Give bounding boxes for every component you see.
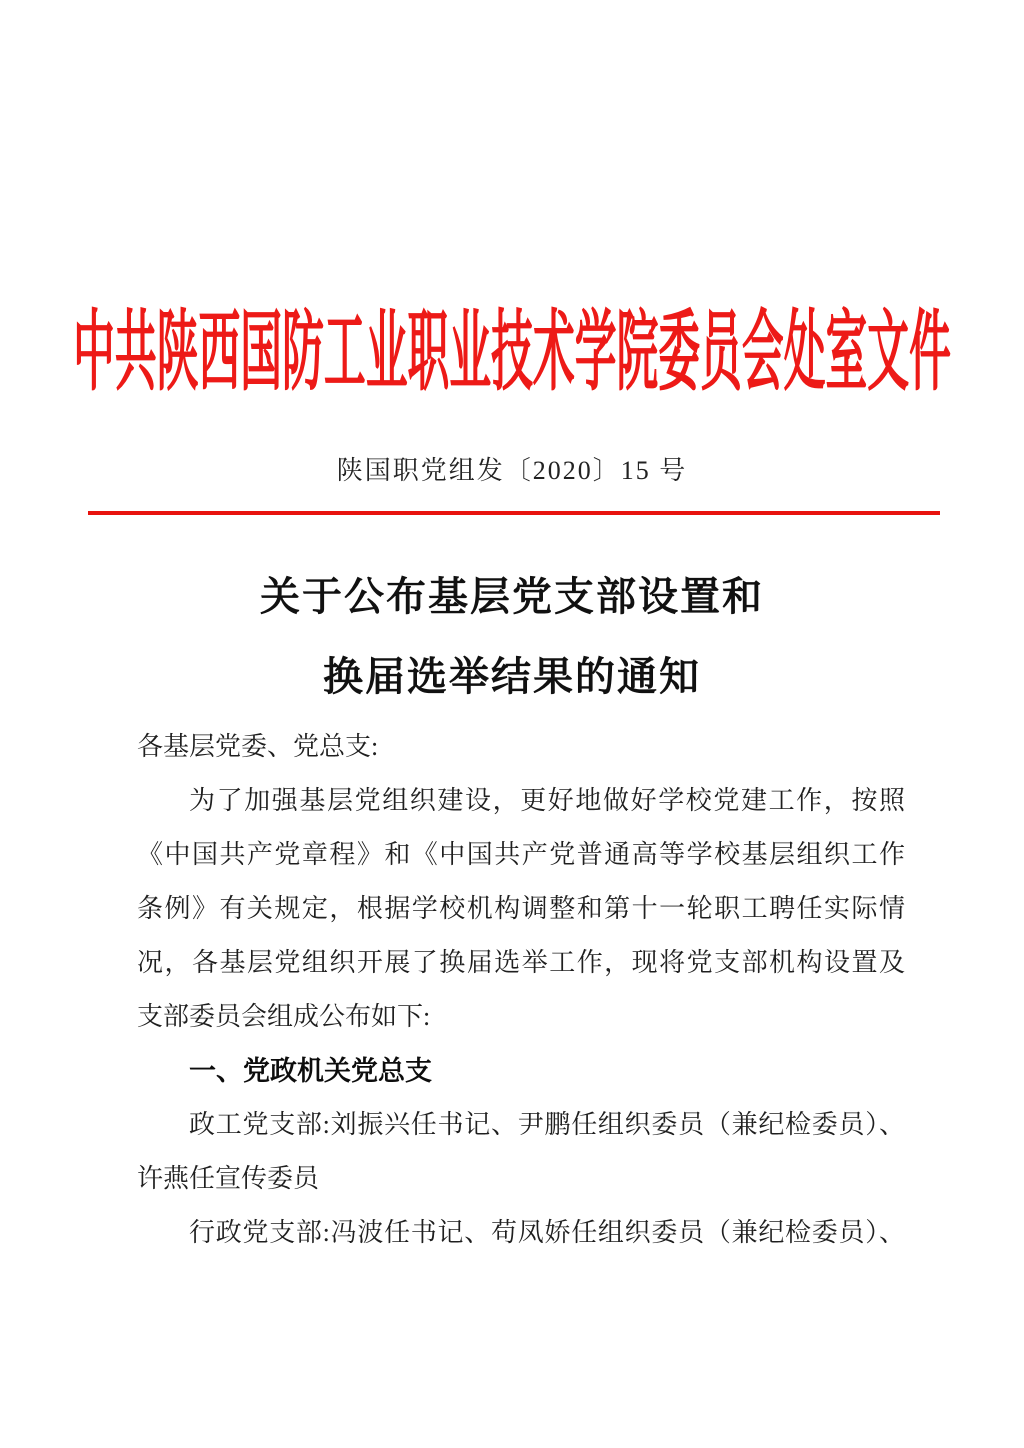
body-line: 行政党支部:冯波任书记、苟凤娇任组织委员（兼纪检委员）、 — [137, 1206, 905, 1260]
document-reference-number: 陕国职党组发〔2020〕15 号 — [0, 456, 1024, 486]
document-title-line-1: 关于公布基层党支部设置和 — [0, 575, 1024, 619]
body-line: 条例》有关规定，根据学校机构调整和第十一轮职工聘任实际情 — [137, 882, 905, 936]
body-line: 许燕任宣传委员 — [137, 1152, 905, 1206]
section-heading-1: 一、党政机关党总支 — [137, 1044, 905, 1098]
body-line: 况，各基层党组织开展了换届选举工作，现将党支部机构设置及 — [137, 936, 905, 990]
document-page: 中共陕西国防工业职业技术学院委员会处室文件 陕国职党组发〔2020〕15 号 关… — [0, 0, 1024, 1448]
red-separator-rule — [88, 511, 940, 515]
body-line: 《中国共产党章程》和《中国共产党普通高等学校基层组织工作 — [137, 828, 905, 882]
body-line: 政工党支部:刘振兴任书记、尹鹏任组织委员（兼纪检委员）、 — [137, 1098, 905, 1152]
document-title-line-2: 换届选举结果的通知 — [0, 655, 1024, 699]
body-line: 为了加强基层党组织建设，更好地做好学校党建工作，按照 — [137, 774, 905, 828]
salutation-line: 各基层党委、党总支: — [137, 720, 905, 774]
document-body: 各基层党委、党总支: 为了加强基层党组织建设，更好地做好学校党建工作，按照 《中… — [137, 720, 905, 1260]
body-line: 支部委员会组成公布如下: — [137, 990, 905, 1044]
red-header-banner: 中共陕西国防工业职业技术学院委员会处室文件 — [0, 298, 1024, 410]
issuing-organization-title: 中共陕西国防工业职业技术学院委员会处室文件 — [73, 310, 951, 398]
